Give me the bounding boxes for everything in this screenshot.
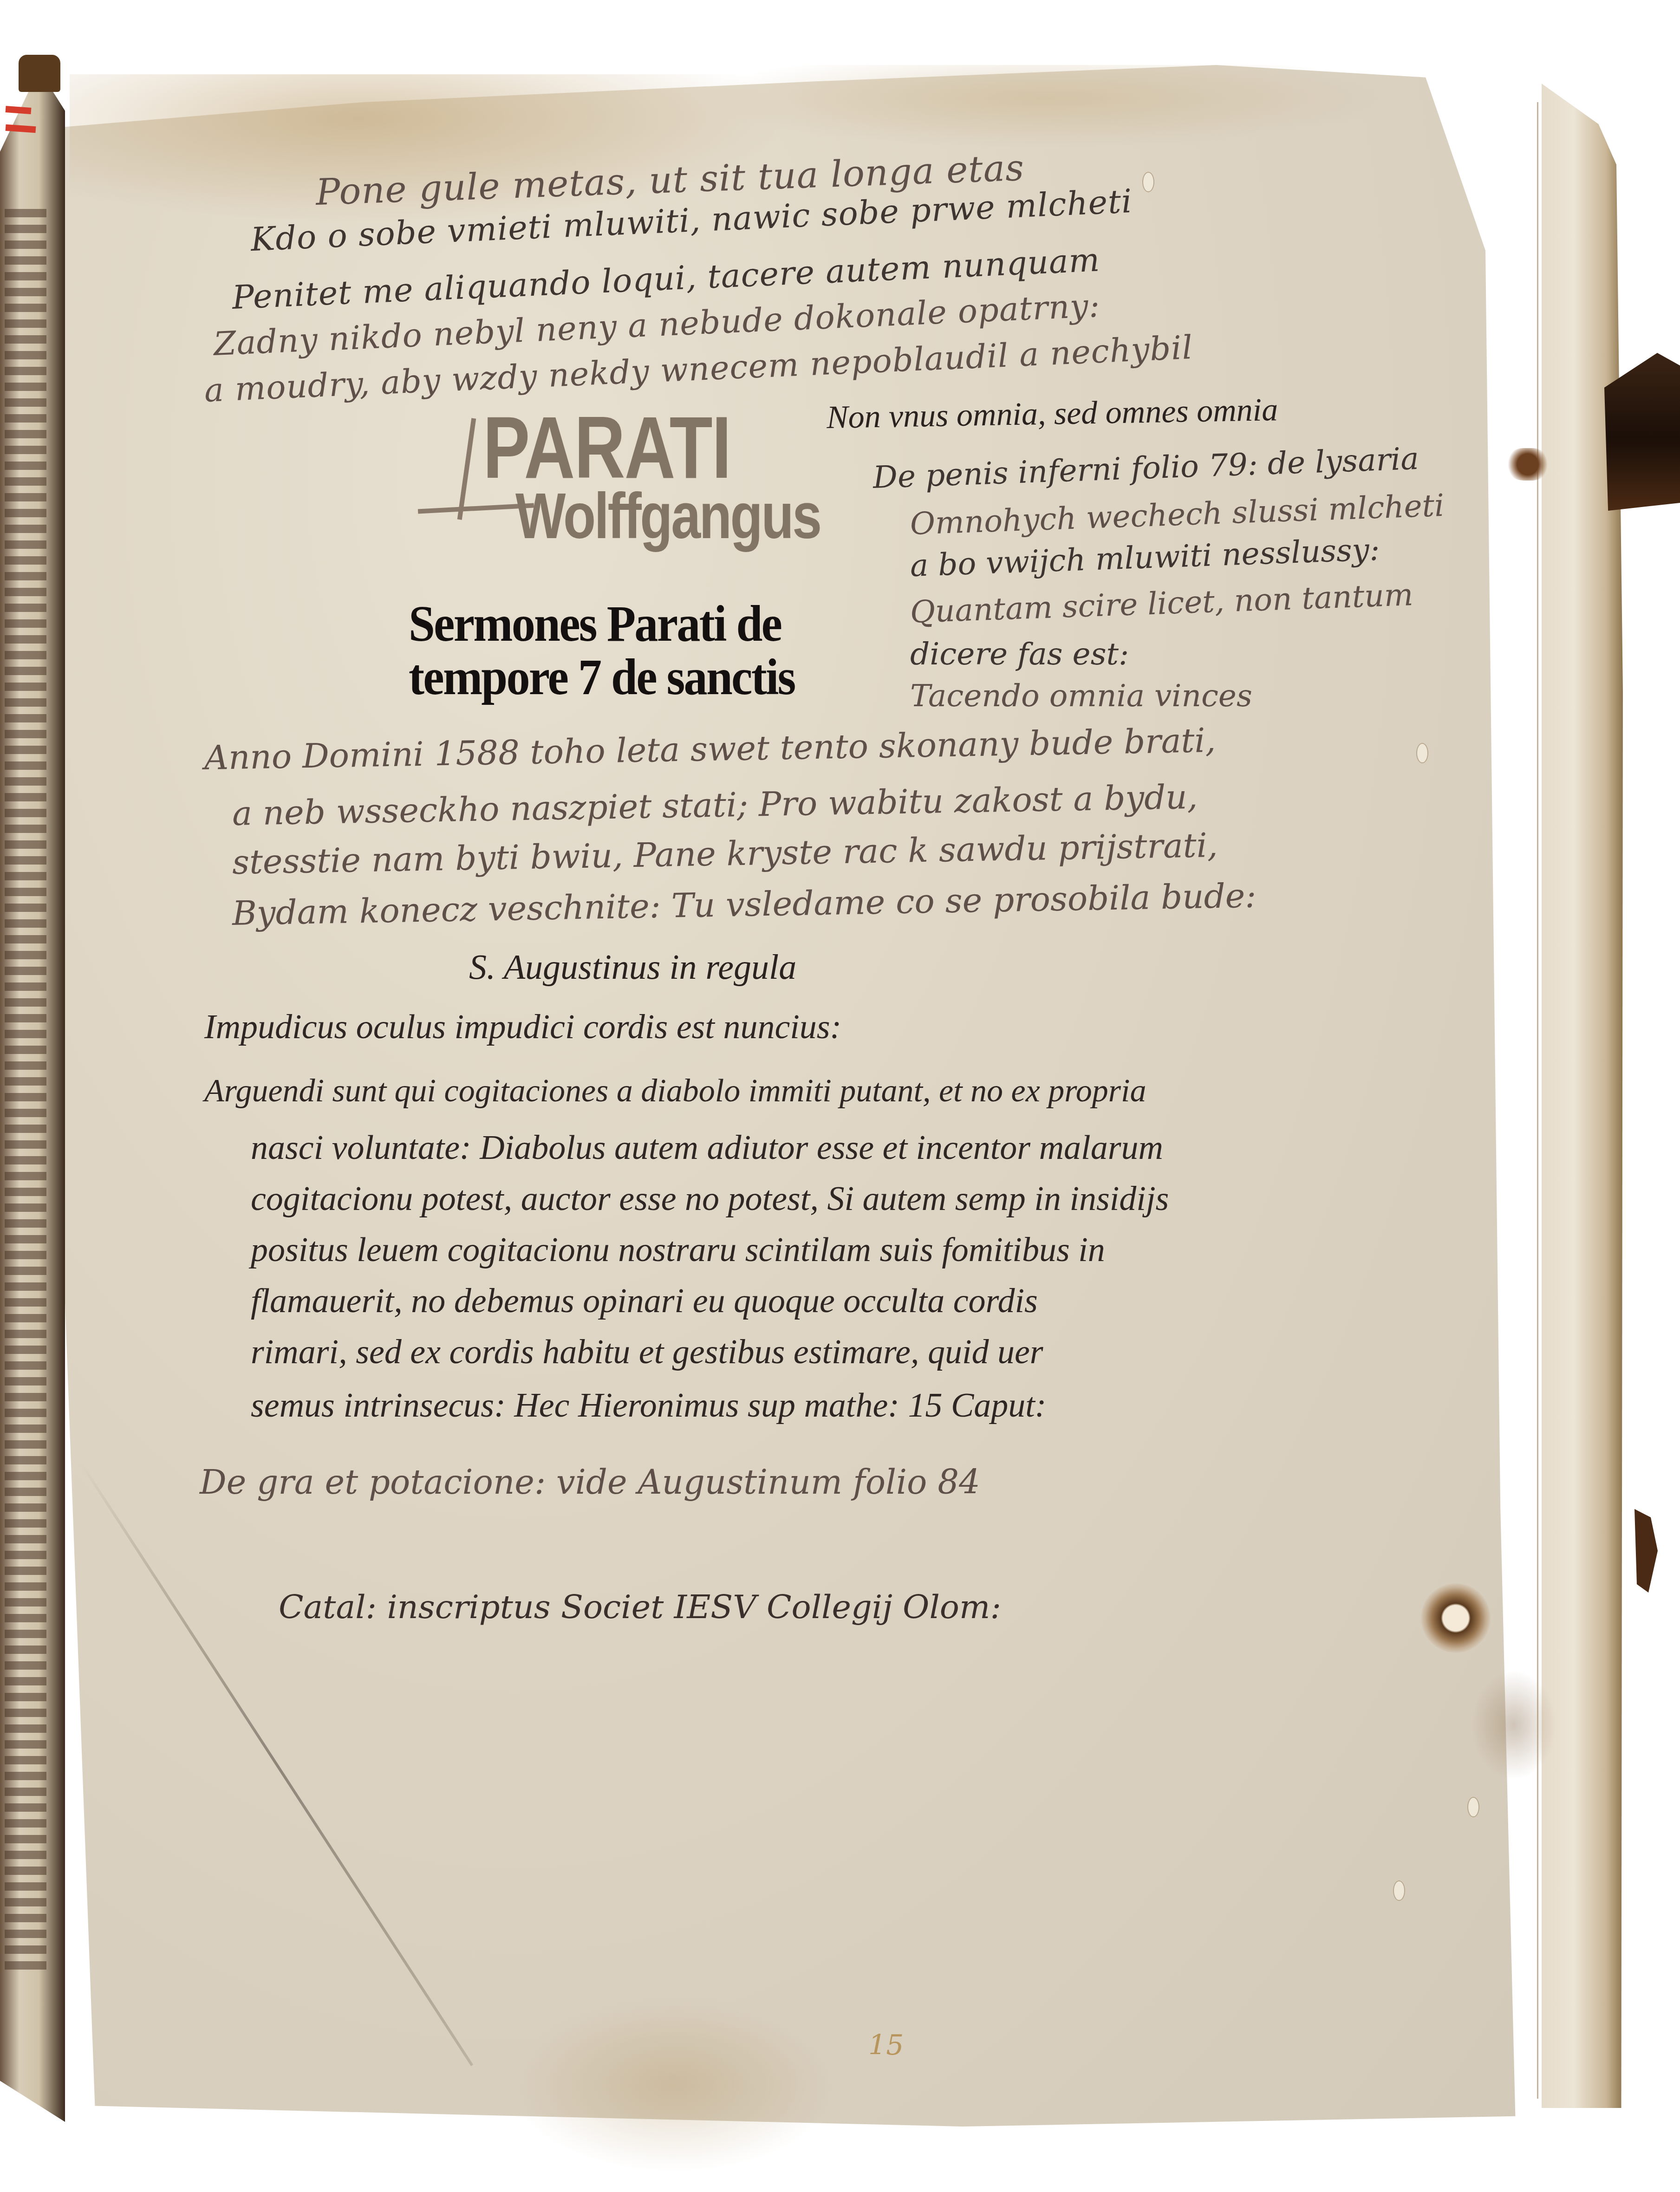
latin-line: Arguendi sunt qui cogitaciones a diabolo…	[204, 1073, 1146, 1110]
foot-mark: 15	[868, 2029, 904, 2062]
burn-hole	[1421, 1583, 1491, 1653]
catalog-inscription: Catal: inscriptus Societ IESV Collegij O…	[279, 1588, 1001, 1626]
worm-hole	[1393, 1880, 1405, 1901]
latin-line: Impudicus oculus impudici cordis est nun…	[204, 1008, 841, 1047]
note-line: dicere fas est:	[910, 636, 1129, 672]
leather-fragment-right	[1634, 1509, 1658, 1593]
water-stain	[1472, 1672, 1556, 1778]
water-stain	[511, 1997, 836, 2173]
left-binding-spine	[0, 70, 65, 2122]
note-line: Non vnus omnia, sed omnes omnia	[826, 391, 1278, 436]
red-rubric-mark	[6, 106, 32, 114]
latin-line: nasci voluntate: Diabolus autem adiutor …	[251, 1128, 1163, 1168]
page-edge-line	[1537, 102, 1538, 2099]
latin-line: rimari, sed ex cordis habitu et gestibus…	[251, 1333, 1043, 1372]
worm-hole	[1142, 172, 1154, 192]
worm-hole	[1416, 743, 1428, 763]
augustine-heading: S. Augustinus in regula	[469, 947, 796, 988]
leather-clasp-top-left	[19, 55, 60, 92]
cross-reference-note: De gra et potacione: vide Augustinum fol…	[200, 1463, 980, 1502]
worm-hole	[1467, 1797, 1479, 1817]
binding-waste-manuscript	[5, 209, 46, 1973]
printed-title-line2: tempore 7 de sanctis	[409, 648, 795, 707]
latin-line: cogitacionu potest, auctor esse no potes…	[251, 1179, 1169, 1219]
latin-line: semus intrinsecus: Hec Hieronimus sup ma…	[251, 1386, 1046, 1425]
note-line: Tacendo omnia vinces	[910, 678, 1252, 714]
latin-line: positus leuem cogitacionu nostraru scint…	[251, 1230, 1105, 1270]
rust-spot	[1507, 448, 1549, 481]
ownership-name-line2: Wolffgangus	[515, 478, 820, 553]
water-stain	[697, 65, 1393, 149]
latin-line: flamauerit, no debemus opinari eu quoque…	[251, 1281, 1038, 1321]
printed-title-line1: Sermones Parati de	[409, 594, 781, 653]
